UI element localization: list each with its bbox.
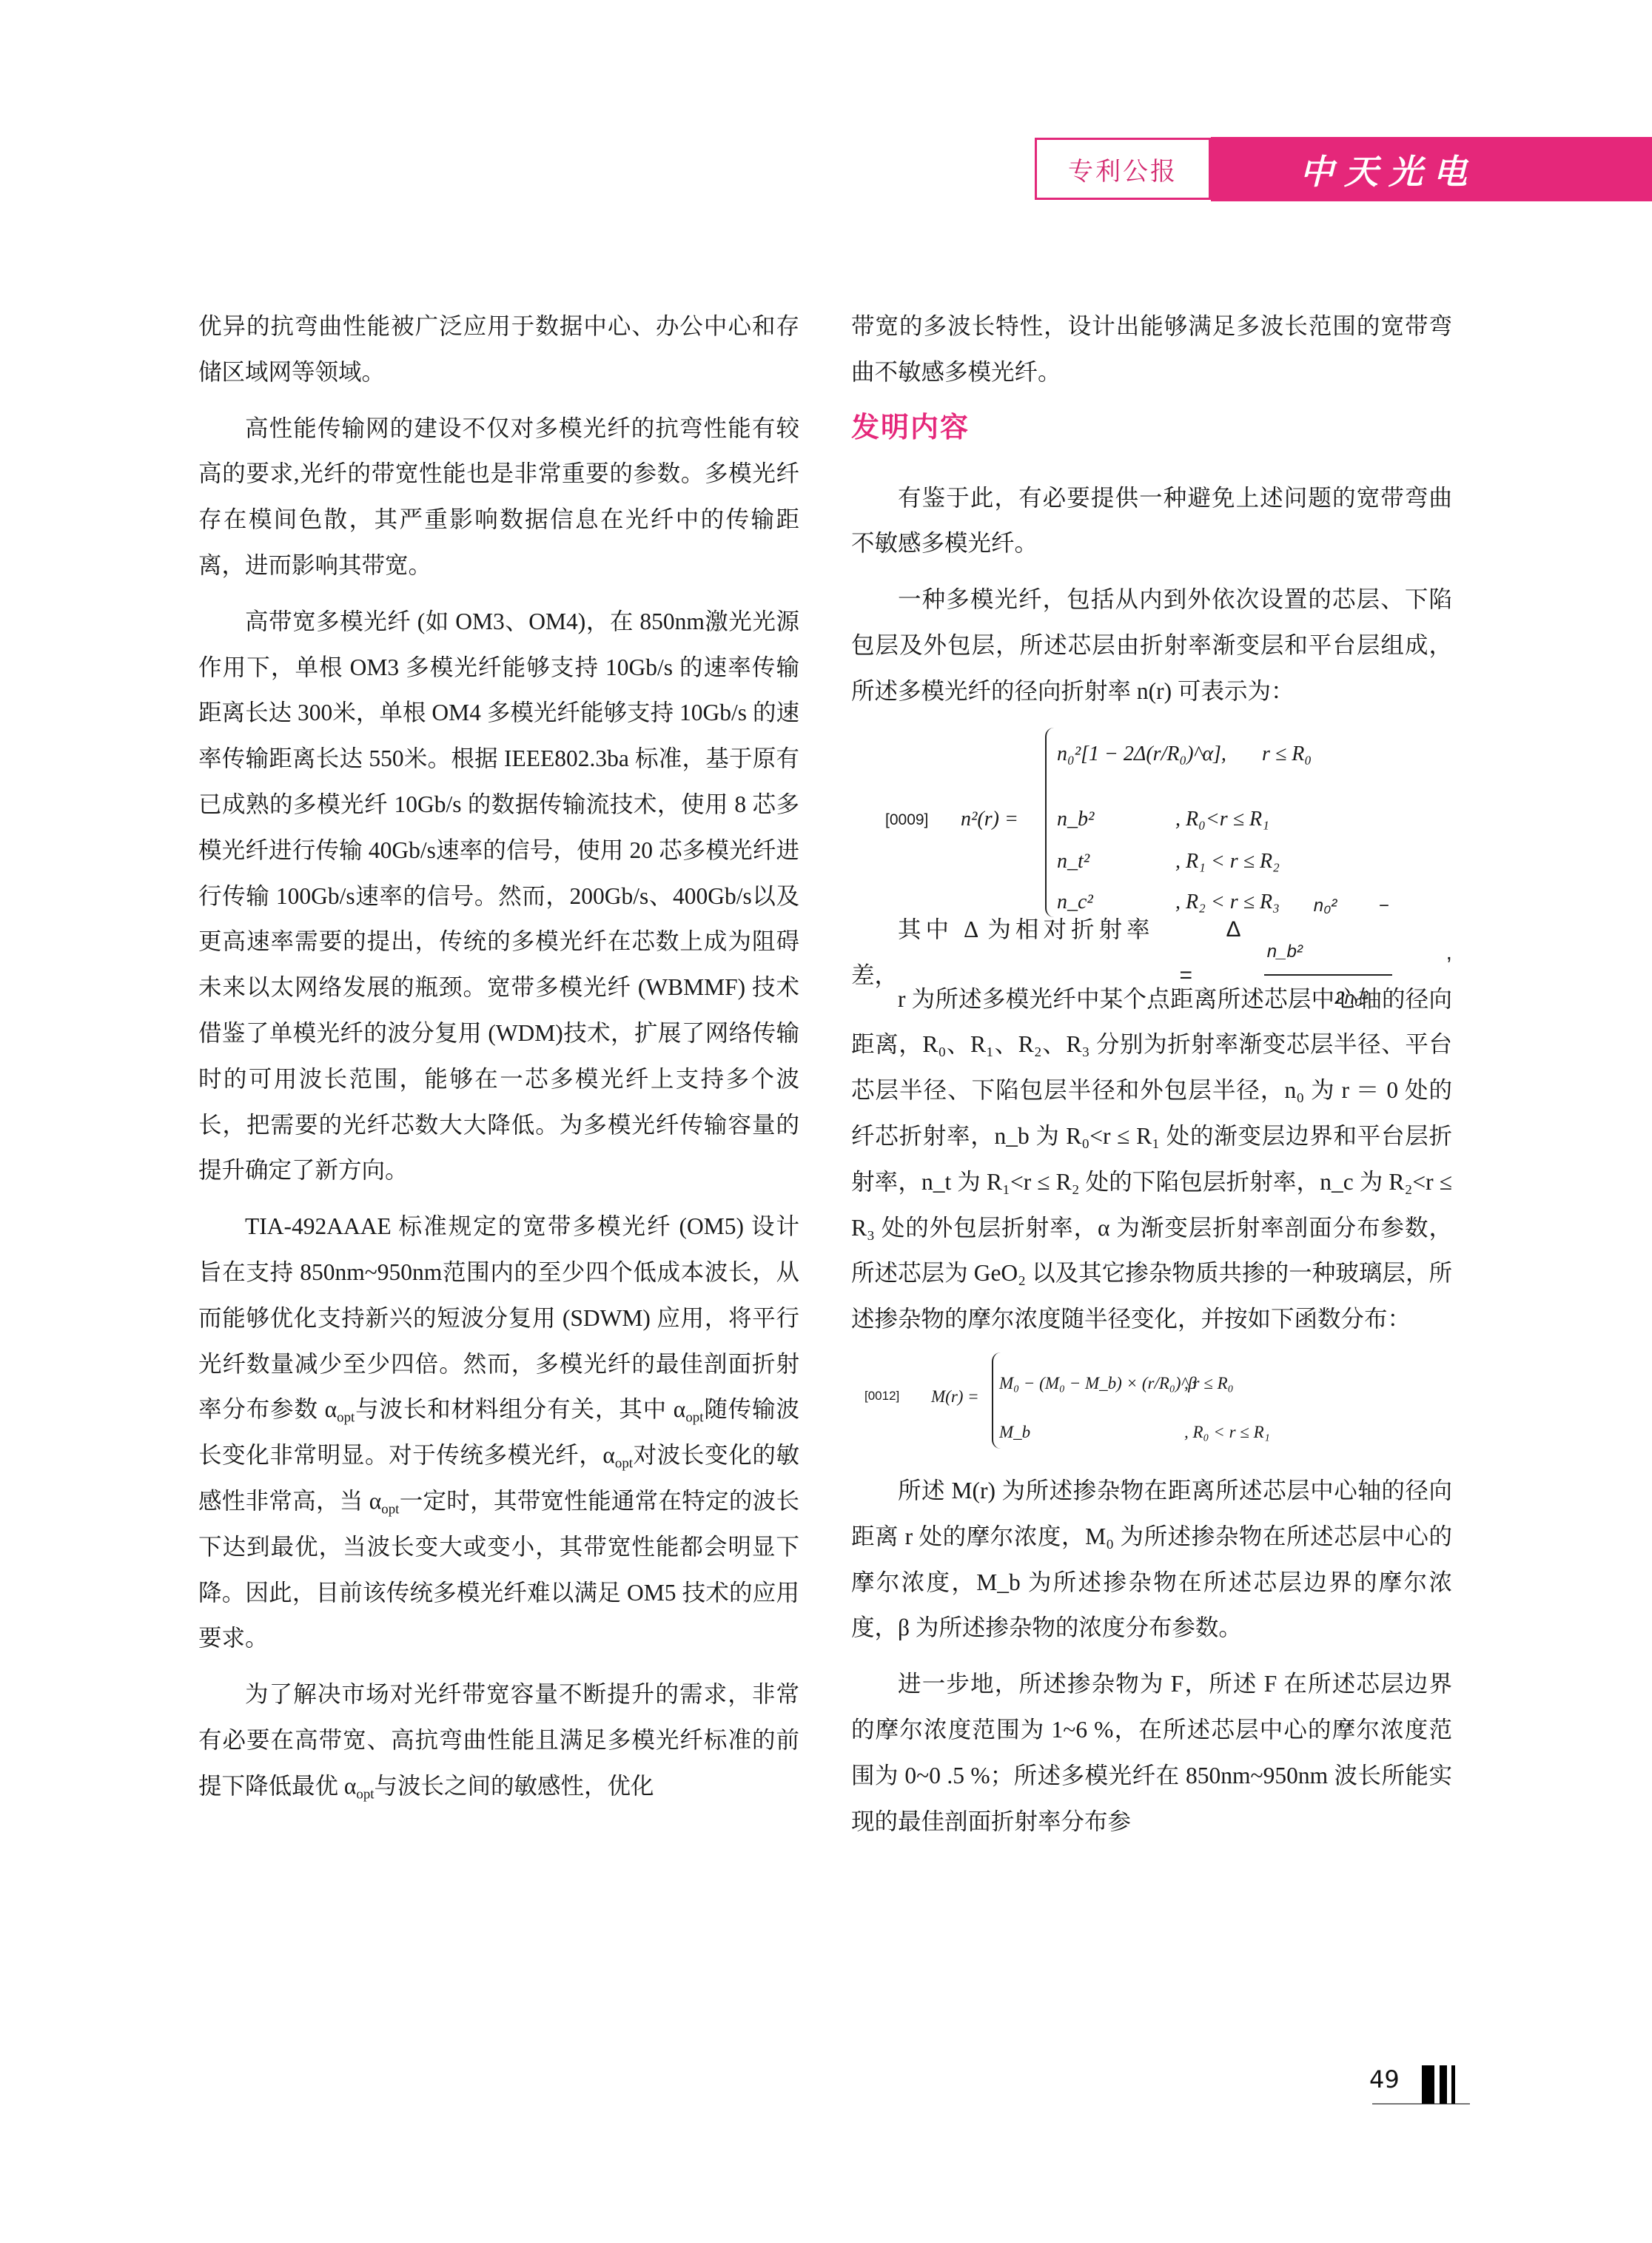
section-heading: 发明内容 (851, 401, 1452, 453)
formula-case-expr: n_c² (1057, 892, 1093, 913)
paragraph: 带宽的多波长特性，设计出能够满足多波长范围的宽带弯曲不敏感多模光纤。 (851, 304, 1452, 395)
section-tag-label: 专利公报 (1068, 151, 1178, 187)
right-column: 带宽的多波长特性，设计出能够满足多波长范围的宽带弯曲不敏感多模光纤。 发明内容 … (851, 304, 1452, 1844)
paragraph: 所述 M(r) 为所述掺杂物在距离所述芯层中心轴的径向距离 r 处的摩尔浓度，M… (851, 1468, 1452, 1651)
decorative-bar (1451, 2065, 1455, 2104)
paragraph: 进一步地，所述掺杂物为 F，所述 F 在所述芯层边界的摩尔浓度范围为 1~6 %… (851, 1661, 1452, 1844)
delta-definition: 其中 Δ 为相对折射率差， Δ = n₀² − n_b² 2n₀² , (851, 929, 1452, 976)
formula-lhs: M(r) = (931, 1388, 979, 1405)
left-column: 优异的抗弯曲性能被广泛应用于数据中心、办公中心和存储区域网等领域。 高性能传输网… (198, 304, 799, 1809)
formula-tag: [0012] (864, 1389, 899, 1402)
brand-banner: 中天光电 (1211, 137, 1652, 201)
formula-case-cond: , R₀<r ≤ R₁ (1175, 809, 1269, 830)
page-number: 49 (1369, 2065, 1400, 2093)
formula-case-cond: , R₁ < r ≤ R₂ (1175, 851, 1280, 872)
formula-case-expr: n_b² (1057, 809, 1094, 830)
formula-case-expr: n₀²[1 − 2Δ(r/R₀)^α], (1057, 744, 1226, 765)
formula-case-cond: r ≤ R₀ (1262, 744, 1312, 765)
refractive-index-formula: [0009] n²(r) = n₀²[1 − 2Δ(r/R₀)^α], r ≤ … (851, 714, 1452, 929)
paragraph: 高性能传输网的建设不仅对多模光纤的抗弯性能有较高的要求,光纤的带宽性能也是非常重… (198, 406, 799, 589)
section-tag: 专利公报 (1035, 138, 1211, 200)
molar-concentration-formula: [0012] M(r) = M₀ − (M₀ − M_b) × (r/R₀)^β… (851, 1342, 1452, 1468)
paragraph: r 为所述多模光纤中某个点距离所述芯层中心轴的径向距离，R₀、R₁、R₂、R₃ … (851, 976, 1452, 1342)
brand-logo-text: 中天光电 (1300, 145, 1477, 194)
formula-lhs: n²(r) = (961, 809, 1018, 830)
formula-case-expr: n_t² (1057, 851, 1089, 872)
formula-case-cond: , R₂ < r ≤ R₃ (1175, 892, 1280, 913)
paragraph: 高带宽多模光纤 (如 OM3、OM4)，在 850nm激光光源作用下，单根 OM… (198, 599, 799, 1193)
formula-case-cond: , r ≤ R₀ (1184, 1375, 1234, 1392)
decorative-bar (1440, 2065, 1447, 2104)
formula-case-expr: M_b (999, 1424, 1030, 1441)
formula-case-cond: , R₀ < r ≤ R₁ (1184, 1424, 1270, 1441)
paragraph: 优异的抗弯曲性能被广泛应用于数据中心、办公中心和存储区域网等领域。 (198, 304, 799, 395)
decorative-bar (1422, 2065, 1434, 2104)
page-rule (1372, 2103, 1470, 2105)
formula-brace (1045, 728, 1054, 917)
formula-case-expr: M₀ − (M₀ − M_b) × (r/R₀)^β (999, 1375, 1197, 1392)
paragraph: 一种多模光纤，包括从内到外依次设置的芯层、下陷包层及外包层，所述芯层由折射率渐变… (851, 577, 1452, 714)
paragraph: 有鉴于此，有必要提供一种避免上述问题的宽带弯曲不敏感多模光纤。 (851, 475, 1452, 567)
paragraph: TIA-492AAAE 标准规定的宽带多模光纤 (OM5) 设计旨在支持 850… (198, 1204, 799, 1661)
paragraph: 为了解决市场对光纤带宽容量不断提升的需求，非常有必要在高带宽、高抗弯曲性能且满足… (198, 1672, 799, 1808)
formula-tag: [0009] (885, 812, 928, 828)
